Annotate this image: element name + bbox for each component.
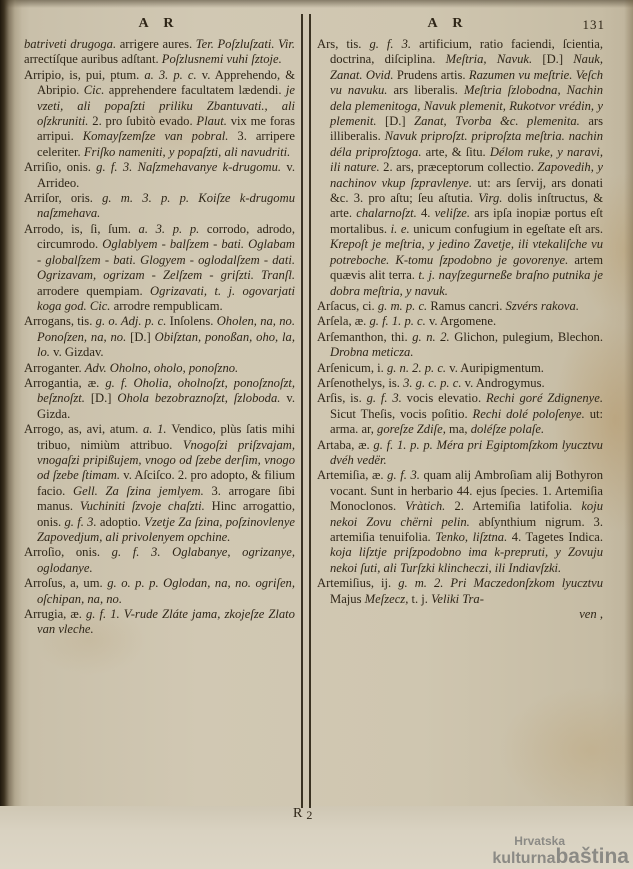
signature-mark: R2	[293, 806, 308, 822]
text-segment: Drobna meticza.	[330, 345, 413, 359]
text-segment: batriveti drugoga.	[24, 37, 120, 51]
dictionary-entry: Artemiſia, æ. g. f. 3. quam alij Ambroſi…	[317, 468, 603, 576]
text-segment: g. m. p. c.	[378, 299, 430, 313]
text-segment: Arſenicum, i.	[317, 361, 387, 375]
watermark-line2: kulturnabaština	[492, 846, 629, 867]
text-segment: Arrugia, æ.	[24, 607, 86, 621]
dictionary-entry: Artaba, æ. g. f. 1. p. p. Méra pri Egipt…	[317, 438, 603, 469]
text-segment: g. o. Adj. p. c.	[96, 314, 170, 328]
text-segment: Artaba, æ.	[317, 438, 373, 452]
text-segment: Szvérs rakova.	[506, 299, 579, 313]
text-segment: 4. Tagetes Indica.	[512, 530, 603, 544]
signature-number: 2	[306, 808, 312, 822]
text-segment: t. j.	[412, 592, 432, 606]
text-segment: [D.]	[130, 330, 155, 344]
text-segment: Arſemanthon, thi.	[317, 330, 412, 344]
text-segment: Sicut Theſis, vocis poſitio.	[330, 407, 473, 421]
text-segment: vocis elevatio.	[407, 391, 486, 405]
text-segment: arrigere aures.	[120, 37, 196, 51]
text-segment: a. 3. p. p.	[139, 222, 207, 236]
dictionary-entry: Arſela, æ. g. f. 1. p. c. v. Argomene.	[317, 314, 603, 329]
signature-letter: R	[293, 806, 302, 821]
dictionary-column-right: Ars, tis. g. f. 3. artificium, ratio fac…	[317, 37, 603, 622]
dictionary-entry: Arriſio, onis. g. f. 3. Naſzmehavanye k-…	[24, 160, 295, 191]
text-segment: veliſze.	[435, 206, 475, 220]
text-segment: Virg.	[478, 191, 507, 205]
text-segment: Prudens artis.	[397, 68, 469, 82]
text-segment: Rechi goré Zdignenye.	[486, 391, 603, 405]
watermark-line2-part2: baština	[555, 845, 629, 868]
text-segment: Arroſio, onis.	[24, 545, 112, 559]
text-segment: Arſacus, ci.	[317, 299, 378, 313]
dictionary-entry: Arſacus, ci. g. m. p. c. Ramus cancri. S…	[317, 299, 603, 314]
text-segment: Krepoſt je meſtria, y jedino Zavetje, il…	[330, 237, 603, 266]
text-segment: Adv. Oholno, oholo, ponoſzno.	[85, 361, 238, 375]
dictionary-entry: Arripio, is, pui, ptum. a. 3. p. c. v. A…	[24, 68, 295, 160]
running-title-right: A R	[318, 16, 578, 32]
text-segment: Arrodo, is, ſi, ſum.	[24, 222, 139, 236]
text-segment: arte, & ſitu.	[426, 145, 490, 159]
text-segment: [D.]	[91, 391, 118, 405]
text-segment: arrodre rempublicam.	[114, 299, 223, 313]
text-segment: adoptio.	[100, 515, 144, 529]
text-segment: Arrogans, tis.	[24, 314, 96, 328]
dictionary-entry: Arrodo, is, ſi, ſum. a. 3. p. p. corrodo…	[24, 222, 295, 314]
text-segment: [D.]	[542, 52, 573, 66]
text-segment: 2. Artemiſia latifolia.	[454, 499, 581, 513]
text-segment: g. f. 3.	[387, 468, 423, 482]
page-edge-shadow-left	[0, 0, 22, 808]
watermark-line2-part1: kulturna	[492, 850, 555, 867]
dictionary-entry: Arroſus, a, um. g. o. p. p. Oglodan, na,…	[24, 576, 295, 607]
text-segment: Gell. Za ſzina jemlyem.	[73, 484, 211, 498]
text-segment: Arripio, is, pui, ptum.	[24, 68, 144, 82]
running-title-left: A R	[24, 16, 294, 32]
text-segment: 3. g. c. p. c.	[403, 376, 465, 390]
heritage-watermark: Hrvatska kulturnabaština	[492, 835, 629, 867]
text-segment: v. Argomene.	[429, 314, 496, 328]
text-segment: apprehendere facultatem lædendi.	[109, 83, 286, 97]
text-segment: [D.]	[385, 114, 414, 128]
text-segment: Ohola bezobraznoſzt, ſzloboda.	[117, 391, 286, 405]
text-segment: chalarnoſzt.	[356, 206, 421, 220]
text-segment: Majus	[330, 592, 365, 606]
text-segment: Arſis, is.	[317, 391, 367, 405]
text-segment: g. m. 2. Pri Maczedonſzkom lyucztvu	[398, 576, 603, 590]
dictionary-entry: Arrogans, tis. g. o. Adj. p. c. Inſolens…	[24, 314, 295, 360]
text-segment: Arrogantia, æ.	[24, 376, 105, 390]
dictionary-entry: Artemiſius, ij. g. m. 2. Pri Maczedonſzk…	[317, 576, 603, 607]
text-segment: g. f. 1. p. c.	[369, 314, 428, 328]
dictionary-entry: Arrogo, as, avi, atum. a. 1. Vendico, pl…	[24, 422, 295, 545]
catchword: ven ,	[317, 607, 603, 622]
text-segment: unicum confugium in egeſtate eſt ars.	[413, 222, 603, 236]
dictionary-entry: Arſenothelys, is. 3. g. c. p. c. v. Andr…	[317, 376, 603, 391]
dictionary-entry: Arſemanthon, thi. g. n. 2. Glichon, pule…	[317, 330, 603, 361]
text-segment: Ter. Poſzluſzati. Vir.	[196, 37, 295, 51]
text-segment: Ramus cancri.	[430, 299, 505, 313]
dictionary-column-left: batriveti drugoga. arrigere aures. Ter. …	[24, 37, 295, 638]
text-segment: Poſzlusnemi vuhi ſztoje.	[162, 52, 282, 66]
text-segment: Veliki Tra-	[431, 592, 484, 606]
page-edge-shadow-right	[624, 0, 633, 808]
text-segment: ars liberalis.	[393, 83, 463, 97]
text-segment: g. f. 3.	[369, 37, 419, 51]
text-segment: i. e.	[391, 222, 414, 236]
column-divider-rule	[301, 14, 311, 808]
scanned-dictionary-page: A R A R 131 batriveti drugoga. arrigere …	[0, 0, 633, 869]
dictionary-entry: Arroganter. Adv. Oholno, oholo, ponoſzno…	[24, 361, 295, 376]
text-segment: Artemiſius, ij.	[317, 576, 398, 590]
dictionary-entry: Arrugia, æ. g. f. 1. V-rude Zláte jama, …	[24, 607, 295, 638]
text-segment: Vuchiniti ſzvoje chaſzti.	[80, 499, 212, 513]
text-segment: Vràtich.	[405, 499, 454, 513]
text-segment: g. n. 2.	[412, 330, 454, 344]
text-segment: Arſela, æ.	[317, 314, 369, 328]
dictionary-entry: Arroſio, onis. g. f. 3. Oglabanye, ogriz…	[24, 545, 295, 576]
text-segment: Komayſzemſze van pobral.	[83, 129, 238, 143]
text-segment: Ars, tis.	[317, 37, 369, 51]
text-segment: g. f. 3. Naſzmehavanye k-drugomu.	[96, 160, 286, 174]
text-segment: v. Auripigmentum.	[449, 361, 544, 375]
dictionary-entry: Arrogantia, æ. g. f. Oholia, oholnoſzt, …	[24, 376, 295, 422]
text-segment: v. Gizdav.	[53, 345, 103, 359]
page-number: 131	[583, 17, 606, 33]
text-segment: arrectíſque auribus adſtant.	[24, 52, 162, 66]
text-segment: Glichon, pulegium, Blechon.	[454, 330, 603, 344]
text-segment: Meſtria, Navuk.	[446, 52, 543, 66]
text-segment: Cic.	[84, 83, 109, 97]
text-segment: ven ,	[579, 607, 603, 621]
text-segment: arrodere quempiam.	[37, 284, 150, 298]
text-segment: Arroſus, a, um.	[24, 576, 107, 590]
text-segment: 4.	[421, 206, 435, 220]
text-segment: Arriſio, onis.	[24, 160, 96, 174]
text-segment: a. 3. p. c.	[144, 68, 201, 82]
dictionary-entry: Arſis, is. g. f. 3. vocis elevatio. Rech…	[317, 391, 603, 437]
text-segment: Zanat, Tvorba &c. plemenita.	[414, 114, 588, 128]
text-segment: Meſzecz,	[365, 592, 412, 606]
dictionary-entry: Arriſor, oris. g. m. 3. p. p. Koiſze k-d…	[24, 191, 295, 222]
dictionary-entry: batriveti drugoga. arrigere aures. Ter. …	[24, 37, 295, 68]
page-edge-shadow-top	[0, 0, 633, 8]
dictionary-entry: Arſenicum, i. g. n. 2. p. c. v. Auripigm…	[317, 361, 603, 376]
text-segment: Arriſor, oris.	[24, 191, 102, 205]
text-segment: Rechi dolé poloſenye.	[473, 407, 590, 421]
text-segment: g. f. 3.	[367, 391, 407, 405]
text-segment: goreſze Zdiſe,	[377, 422, 449, 436]
dictionary-entry: Ars, tis. g. f. 3. artificium, ratio fac…	[317, 37, 603, 299]
text-segment: koja liſztje priſzpodobno ima k-prepruti…	[330, 545, 603, 574]
text-segment: a. 1.	[143, 422, 171, 436]
text-segment: Arroganter.	[24, 361, 85, 375]
text-segment: doléſze polaſe.	[471, 422, 544, 436]
text-segment: 2. pro ſubitò evado.	[92, 114, 196, 128]
text-segment: Tenko, liſztna.	[435, 530, 512, 544]
text-segment: Artemiſia, æ.	[317, 468, 387, 482]
text-segment: Plaut.	[196, 114, 230, 128]
text-segment: v. Androgymus.	[465, 376, 545, 390]
text-segment: Arſenothelys, is.	[317, 376, 403, 390]
text-segment: ma,	[449, 422, 471, 436]
text-segment: g. n. 2. p. c.	[387, 361, 449, 375]
text-segment: Friſko nameniti, y popaſzti, ali navudri…	[84, 145, 290, 159]
text-segment: g. f. 3.	[64, 515, 99, 529]
text-segment: Inſolens.	[170, 314, 217, 328]
text-segment: Arrogo, as, avi, atum.	[24, 422, 143, 436]
text-segment: 2. ars, præceptorum collectio.	[383, 160, 537, 174]
